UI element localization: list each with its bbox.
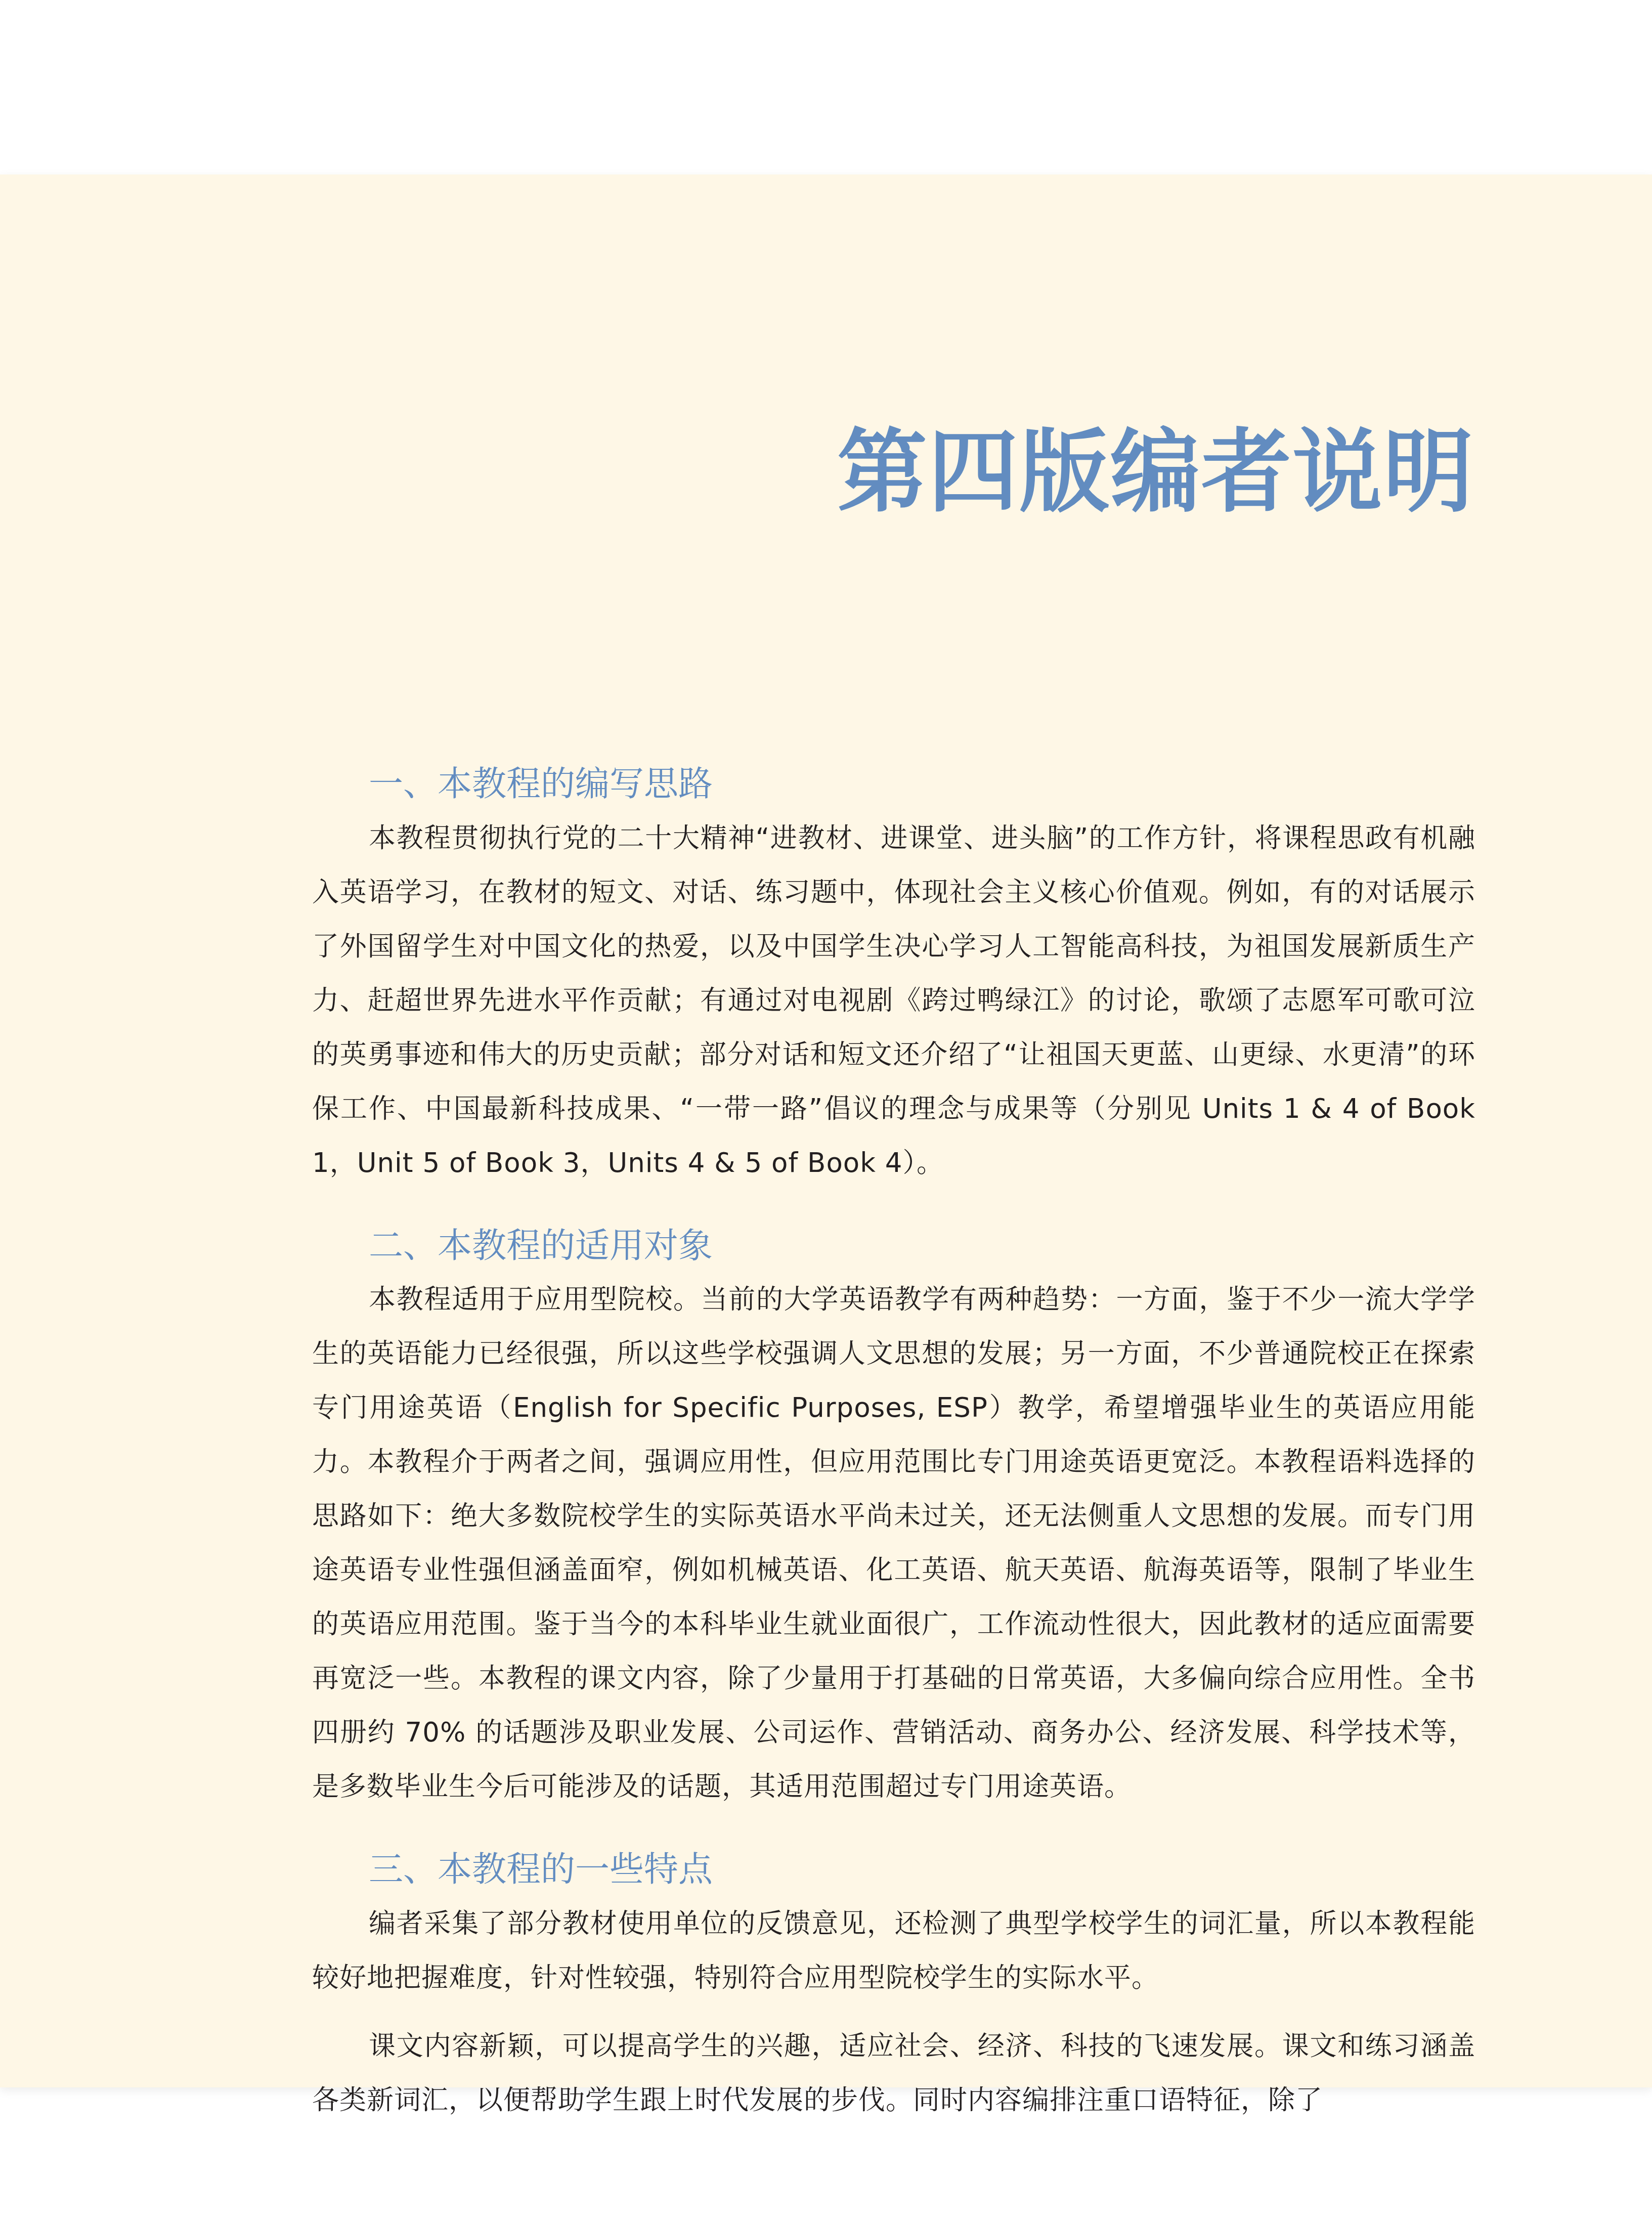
paragraph: 本教程贯彻执行党的二十大精神“进教材、进课堂、进头脑”的工作方针，将课程思政有机… [312, 811, 1475, 1190]
page-content: 一、本教程的编写思路 本教程贯彻执行党的二十大精神“进教材、进课堂、进头脑”的工… [312, 764, 1475, 2163]
section-heading: 一、本教程的编写思路 [369, 764, 1475, 805]
paragraph: 本教程适用于应用型院校。当前的大学英语教学有两种趋势：一方面，鉴于不少一流大学学… [312, 1273, 1475, 1814]
section-heading: 二、本教程的适用对象 [369, 1226, 1475, 1267]
section-target-audience: 二、本教程的适用对象 本教程适用于应用型院校。当前的大学英语教学有两种趋势：一方… [312, 1226, 1475, 1814]
paragraph: 课文内容新颖，可以提高学生的兴趣，适应社会、经济、科技的飞速发展。课文和练习涵盖… [312, 2019, 1475, 2127]
section-heading: 三、本教程的一些特点 [369, 1849, 1475, 1891]
page-title: 第四版编者说明 [837, 427, 1474, 517]
section-features: 三、本教程的一些特点 编者采集了部分教材使用单位的反馈意见，还检测了典型学校学生… [312, 1849, 1475, 2127]
page-panel: 第四版编者说明 一、本教程的编写思路 本教程贯彻执行党的二十大精神“进教材、进课… [0, 174, 1652, 2087]
paragraph: 编者采集了部分教材使用单位的反馈意见，还检测了典型学校学生的词汇量，所以本教程能… [312, 1897, 1475, 2005]
section-writing-approach: 一、本教程的编写思路 本教程贯彻执行党的二十大精神“进教材、进课堂、进头脑”的工… [312, 764, 1475, 1190]
